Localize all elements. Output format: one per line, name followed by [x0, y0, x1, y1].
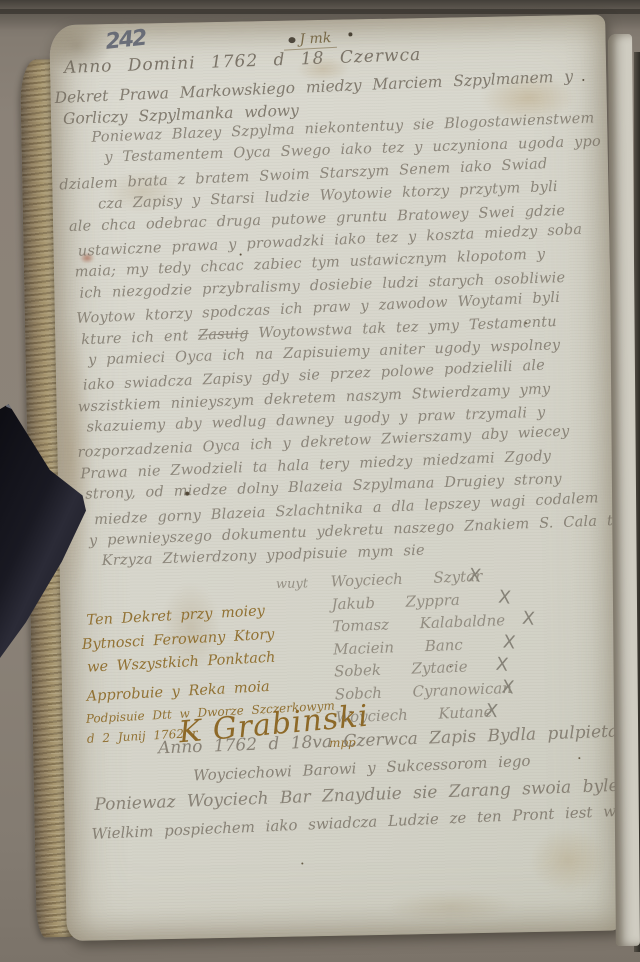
stain: [529, 827, 608, 894]
second-entry: Anno 1762 d 18va Czerwca Zapis Bydla pul…: [92, 720, 616, 851]
manuscript-page: 242 J mk Anno Domini 1762 d 18 Czerwca D…: [49, 15, 622, 942]
witness-mark: X: [495, 654, 509, 676]
witness-role-label: wuyt: [276, 576, 308, 592]
witness-name: Woyciech Szytar: [330, 567, 482, 591]
witness-mark: X: [501, 676, 515, 698]
pencil-page-number: 242: [104, 26, 146, 55]
witness-name: Sobek Zytacie: [334, 658, 468, 681]
book-page-block: 242 J mk Anno Domini 1762 d 18 Czerwca D…: [19, 14, 629, 947]
witness-mark: X: [485, 700, 499, 722]
decree-body: Poniewaz Blazey Szpylma niekontentuy sie…: [57, 110, 622, 579]
witness-name: Maciein Banc: [333, 636, 463, 659]
ink-specks: [49, 25, 51, 27]
witness-mark: X: [468, 565, 482, 587]
stain: [386, 888, 517, 924]
witness-mark: X: [521, 608, 535, 630]
witness-name: Jakub Zyppra: [331, 590, 460, 613]
witness-mark: X: [502, 631, 516, 653]
witness-list: Woyciech Szytar X Jakub Zyppra X Tomasz …: [330, 562, 622, 731]
crossed-out-word: Zasuig: [198, 325, 249, 343]
witness-mark: X: [497, 586, 511, 608]
photo-of-manuscript-page: { "page_header": { "pencil_number": "242…: [0, 0, 640, 962]
